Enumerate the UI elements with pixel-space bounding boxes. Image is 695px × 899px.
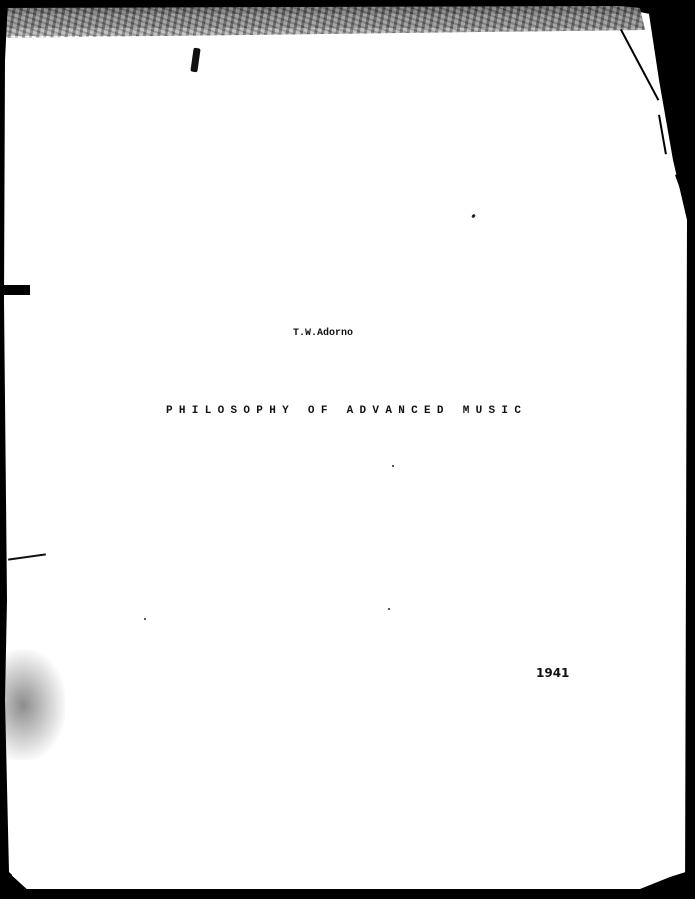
speck bbox=[388, 608, 390, 610]
author-name: T.W.Adorno bbox=[293, 328, 353, 339]
paper-sheet bbox=[0, 0, 695, 899]
scanned-page: T.W.Adorno PHILOSOPHY OF ADVANCED MUSIC … bbox=[0, 0, 695, 899]
edge-mark bbox=[0, 285, 30, 295]
speck bbox=[144, 618, 146, 620]
speck bbox=[392, 465, 394, 467]
stain bbox=[5, 650, 65, 760]
bottom-edge bbox=[0, 889, 695, 899]
document-title: PHILOSOPHY OF ADVANCED MUSIC bbox=[166, 405, 527, 417]
publication-year: 1941 bbox=[536, 666, 569, 680]
